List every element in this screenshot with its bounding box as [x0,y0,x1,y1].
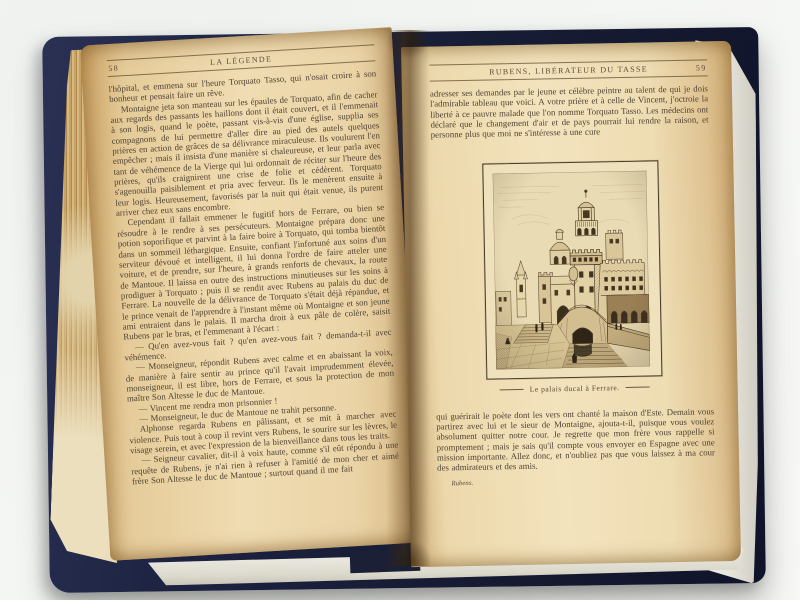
paragraph: Montaigne jeta son manteau sur les épaul… [110,89,384,218]
left-page-body: l'hôpital, et emmena sur l'heure Torquat… [108,68,399,487]
caption-text: Le palais ducal à Ferrare. [530,383,620,394]
signature-mark: Rubens. [451,475,715,487]
engraving-figure: Le palais ducal à Ferrare. [482,160,662,394]
caption-dash-left [500,389,524,390]
running-head-right: RUBENS, LIBÉRATEUR DU TASSE 59 [429,59,707,81]
paragraph: qui guérirait le poète dont les vers ont… [436,406,715,473]
photo-backdrop: 58 LA LÉGENDE l'hôpital, et emmena sur l… [0,0,800,600]
engraving-caption: Le palais ducal à Ferrare. [487,382,663,394]
paragraph: adresser ses demandes par le jeune et cé… [430,83,709,140]
paragraph: Cependant il fallait emmener le fugitif … [116,202,391,342]
engraving-frame [482,160,662,379]
engraving-castle-image [492,170,650,369]
running-title-left: LA LÉGENDE [142,50,340,71]
right-page-body: adresser ses demandes par le jeune et cé… [430,83,709,140]
page-number-right: 59 [672,63,706,73]
running-title-right: RUBENS, LIBÉRATEUR DU TASSE [464,64,672,77]
left-page: 58 LA LÉGENDE l'hôpital, et emmena sur l… [80,27,422,561]
caption-dash-right [626,386,650,387]
right-page: RUBENS, LIBÉRATEUR DU TASSE 59 adresser … [401,41,741,567]
page-number-left: 58 [108,62,142,73]
